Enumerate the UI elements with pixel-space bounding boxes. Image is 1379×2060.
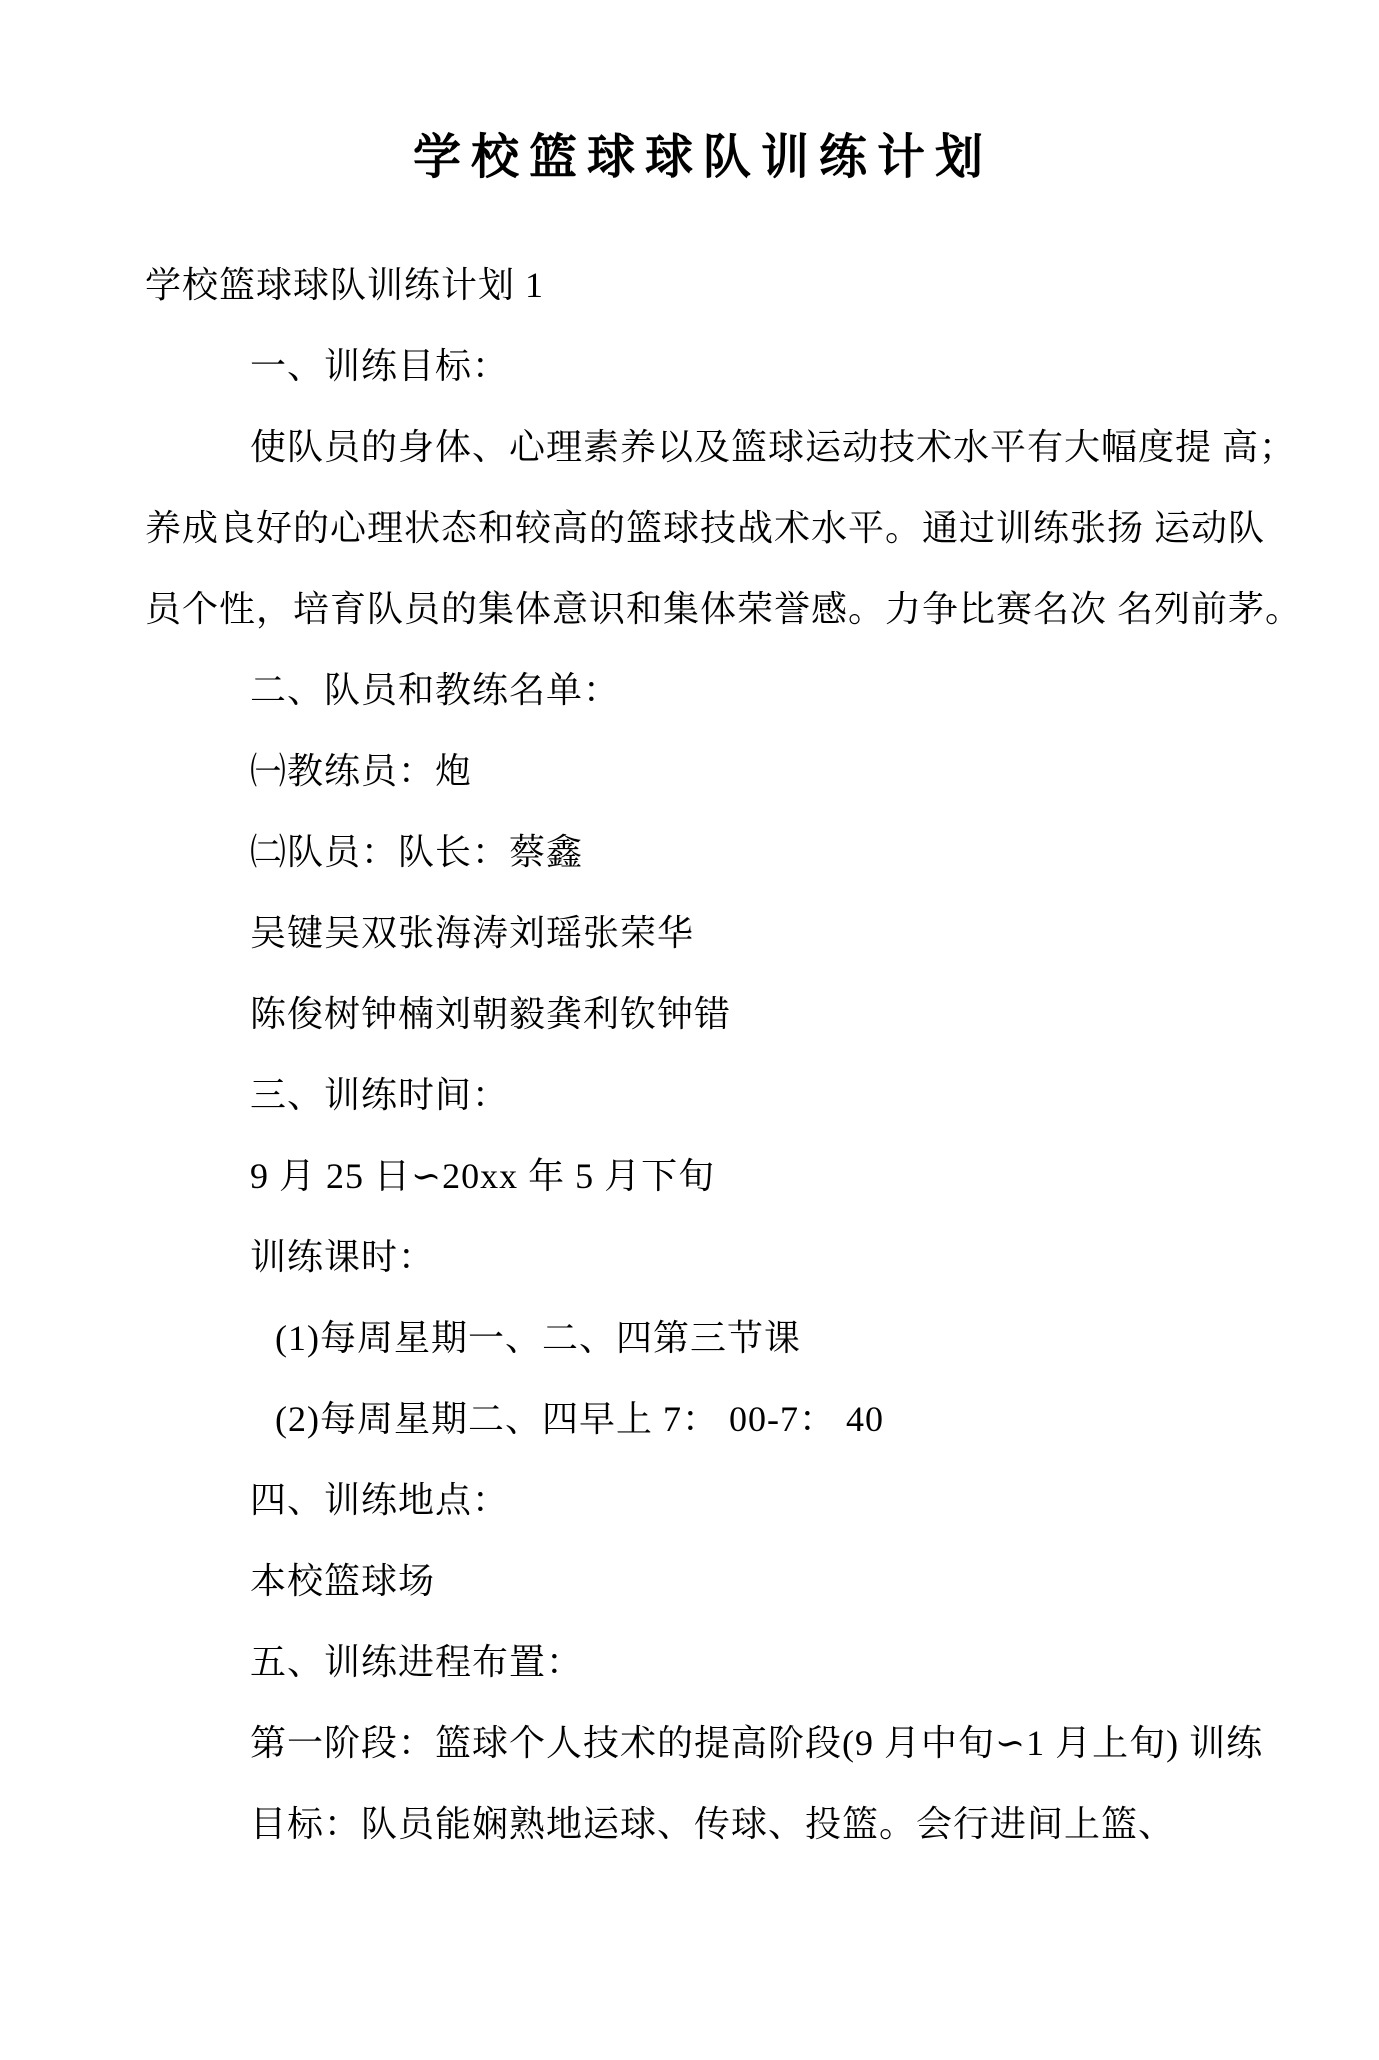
document-title: 学校篮球球队训练计划 bbox=[145, 130, 1261, 186]
text-line: (2)每周星期二、四早上 7： 00-7： 40 bbox=[145, 1379, 1261, 1460]
text-line: 学校篮球球队训练计划 1 bbox=[145, 245, 1261, 326]
text-line: 四、训练地点： bbox=[145, 1460, 1261, 1541]
text-line: 训练课时： bbox=[145, 1217, 1261, 1298]
text-line: 一、训练目标： bbox=[145, 326, 1261, 407]
text-line: 陈俊树钟楠刘朝毅龚利钦钟错 bbox=[145, 974, 1261, 1055]
text-line: (1)每周星期一、二、四第三节课 bbox=[145, 1298, 1261, 1379]
text-line: 二、队员和教练名单： bbox=[145, 650, 1261, 731]
text-line: ㈠教练员：炮 bbox=[145, 731, 1261, 812]
text-line: 五、训练进程布置： bbox=[145, 1622, 1261, 1703]
text-line: 目标：队员能娴熟地运球、传球、投篮。会行进间上篮、 bbox=[145, 1784, 1261, 1865]
text-line: 养成良好的心理状态和较高的篮球技战术水平。通过训练张扬 运动队 bbox=[145, 488, 1261, 569]
text-line: 使队员的身体、心理素养以及篮球运动技术水平有大幅度提 高； bbox=[145, 407, 1261, 488]
document-page: 学校篮球球队训练计划 学校篮球球队训练计划 1 一、训练目标： 使队员的身体、心… bbox=[0, 0, 1379, 2060]
text-line: ㈡队员：队长：蔡鑫 bbox=[145, 812, 1261, 893]
text-line: 本校篮球场 bbox=[145, 1541, 1261, 1622]
text-line: 员个性，培育队员的集体意识和集体荣誉感。力争比赛名次 名列前茅。 bbox=[145, 569, 1261, 650]
text-line: 吴键吴双张海涛刘瑶张荣华 bbox=[145, 893, 1261, 974]
text-line: 三、训练时间： bbox=[145, 1055, 1261, 1136]
text-line: 第一阶段：篮球个人技术的提高阶段(9 月中旬∽1 月上旬) 训练 bbox=[145, 1703, 1261, 1784]
text-line: 9 月 25 日∽20xx 年 5 月下旬 bbox=[145, 1136, 1261, 1217]
